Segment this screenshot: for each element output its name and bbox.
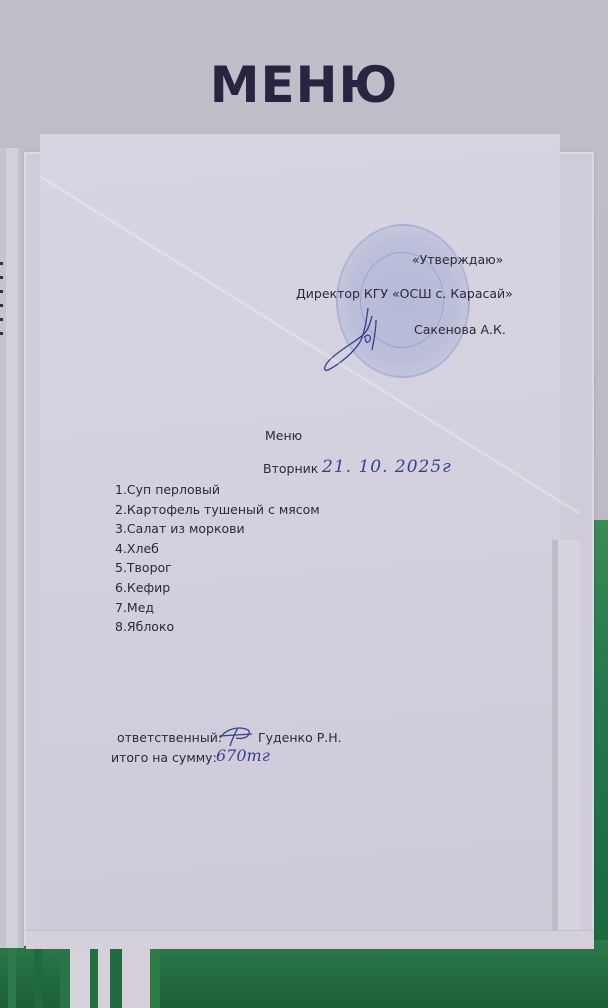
director-name: Сакенова А.К.	[414, 322, 506, 337]
menu-item: 3.Салат из моркови	[115, 519, 320, 539]
director-line: Директор КГУ «ОСШ с. Карасай»	[296, 286, 513, 301]
menu-item: 8.Яблоко	[115, 617, 320, 637]
responsible-label: ответственный:	[117, 730, 222, 745]
responsible-signature-icon	[216, 724, 256, 748]
menu-items-list: 1.Суп перловый 2.Картофель тушеный с мяс…	[115, 480, 320, 637]
frame-left-rail	[0, 148, 24, 948]
menu-heading: Меню	[265, 428, 302, 443]
total-label: итого на сумму:	[111, 750, 217, 765]
frame-right-rail	[552, 540, 580, 940]
menu-item: 6.Кефир	[115, 578, 320, 598]
date-handwritten: 21. 10. 2025г	[322, 457, 452, 477]
board-title: МЕНЮ	[0, 56, 608, 114]
signature-icon	[320, 304, 400, 376]
grass-decoration-bottom	[0, 940, 608, 1008]
day-label: Вторник	[263, 461, 318, 476]
responsible-name: Гуденко Р.Н.	[258, 730, 342, 745]
menu-item: 4.Хлеб	[115, 539, 320, 559]
approval-caption: «Утверждаю»	[412, 252, 503, 267]
menu-item: 5.Творог	[115, 558, 320, 578]
left-edge-marks	[0, 262, 3, 342]
menu-item: 2.Картофель тушеный с мясом	[115, 500, 320, 520]
menu-item: 7.Мед	[115, 598, 320, 618]
total-handwritten: 670тг	[216, 746, 270, 765]
menu-item: 1.Суп перловый	[115, 480, 320, 500]
frame-bottom-rail	[26, 930, 594, 949]
